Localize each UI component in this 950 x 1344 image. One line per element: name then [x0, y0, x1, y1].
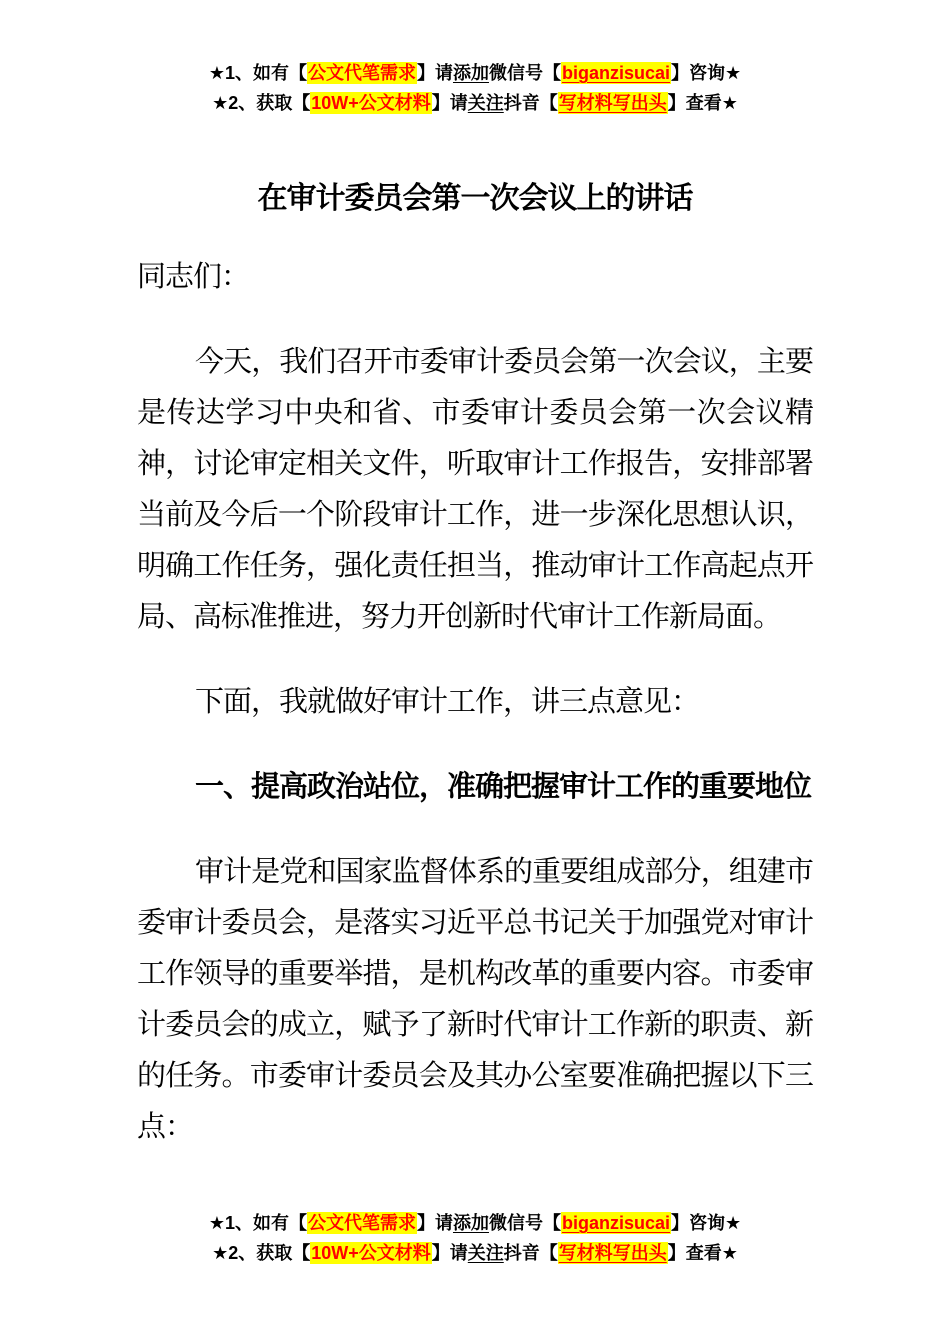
promo-text-segment: 】请	[417, 1213, 453, 1233]
section-heading: 一、提高政治站位，准确把握审计工作的重要地位	[137, 762, 813, 813]
promo-footer: ★1、如有【公文代笔需求】请添加微信号【biganzisucai】咨询★ ★2、…	[0, 1208, 950, 1268]
promo-text-segment: 】咨询★	[671, 1213, 741, 1233]
paragraph: 审计是党和国家监督体系的重要组成部分，组建市委审计委员会，是落实习近平总书记关于…	[137, 847, 813, 1153]
promo-header-line-1: ★1、如有【公文代笔需求】请添加微信号【biganzisucai】咨询★	[0, 58, 950, 88]
promo-text-segment: biganzisucai	[561, 1212, 671, 1234]
promo-text-segment: 】请	[432, 93, 468, 113]
document-body: 同志们：今天，我们召开市委审计委员会第一次会议，主要是传达学习中央和省、市委审计…	[137, 252, 813, 1187]
promo-text-segment: 】请	[432, 1243, 468, 1263]
promo-text-segment: 添加	[453, 1213, 489, 1233]
promo-footer-line-1: ★1、如有【公文代笔需求】请添加微信号【biganzisucai】咨询★	[0, 1208, 950, 1238]
promo-text-segment: 10W+公文材料	[310, 1242, 432, 1264]
promo-text-segment: 关注	[468, 1243, 504, 1263]
promo-text-segment: 10W+公文材料	[310, 92, 432, 114]
promo-text-segment: ★1、如有【	[209, 63, 307, 83]
promo-text-segment: 】查看★	[668, 93, 738, 113]
promo-text-segment: 写材料写出头	[558, 92, 668, 114]
promo-text-segment: 微信号【	[489, 1213, 561, 1233]
promo-text-segment: 写材料写出头	[558, 1242, 668, 1264]
promo-header-line-2: ★2、获取【10W+公文材料】请关注抖音【写材料写出头】查看★	[0, 88, 950, 118]
promo-text-segment: 抖音【	[504, 1243, 558, 1263]
promo-text-segment: ★1、如有【	[209, 1213, 307, 1233]
document-page: ★1、如有【公文代笔需求】请添加微信号【biganzisucai】咨询★ ★2、…	[0, 0, 950, 1344]
paragraph: 今天，我们召开市委审计委员会第一次会议，主要是传达学习中央和省、市委审计委员会第…	[137, 337, 813, 643]
promo-text-segment: biganzisucai	[561, 62, 671, 84]
promo-footer-line-2: ★2、获取【10W+公文材料】请关注抖音【写材料写出头】查看★	[0, 1238, 950, 1268]
promo-text-segment: 】请	[417, 63, 453, 83]
promo-text-segment: 添加	[453, 63, 489, 83]
promo-text-segment: 关注	[468, 93, 504, 113]
promo-text-segment: 】咨询★	[671, 63, 741, 83]
document-title: 在审计委员会第一次会议上的讲话	[0, 178, 950, 220]
promo-text-segment: 抖音【	[504, 93, 558, 113]
paragraph: 同志们：	[137, 252, 813, 303]
promo-text-segment: ★2、获取【	[212, 1243, 310, 1263]
paragraph: 下面，我就做好审计工作，讲三点意见：	[137, 677, 813, 728]
promo-text-segment: 公文代笔需求	[307, 1212, 417, 1234]
promo-text-segment: 】查看★	[668, 1243, 738, 1263]
promo-header: ★1、如有【公文代笔需求】请添加微信号【biganzisucai】咨询★ ★2、…	[0, 58, 950, 118]
promo-text-segment: 微信号【	[489, 63, 561, 83]
promo-text-segment: ★2、获取【	[212, 93, 310, 113]
promo-text-segment: 公文代笔需求	[307, 62, 417, 84]
